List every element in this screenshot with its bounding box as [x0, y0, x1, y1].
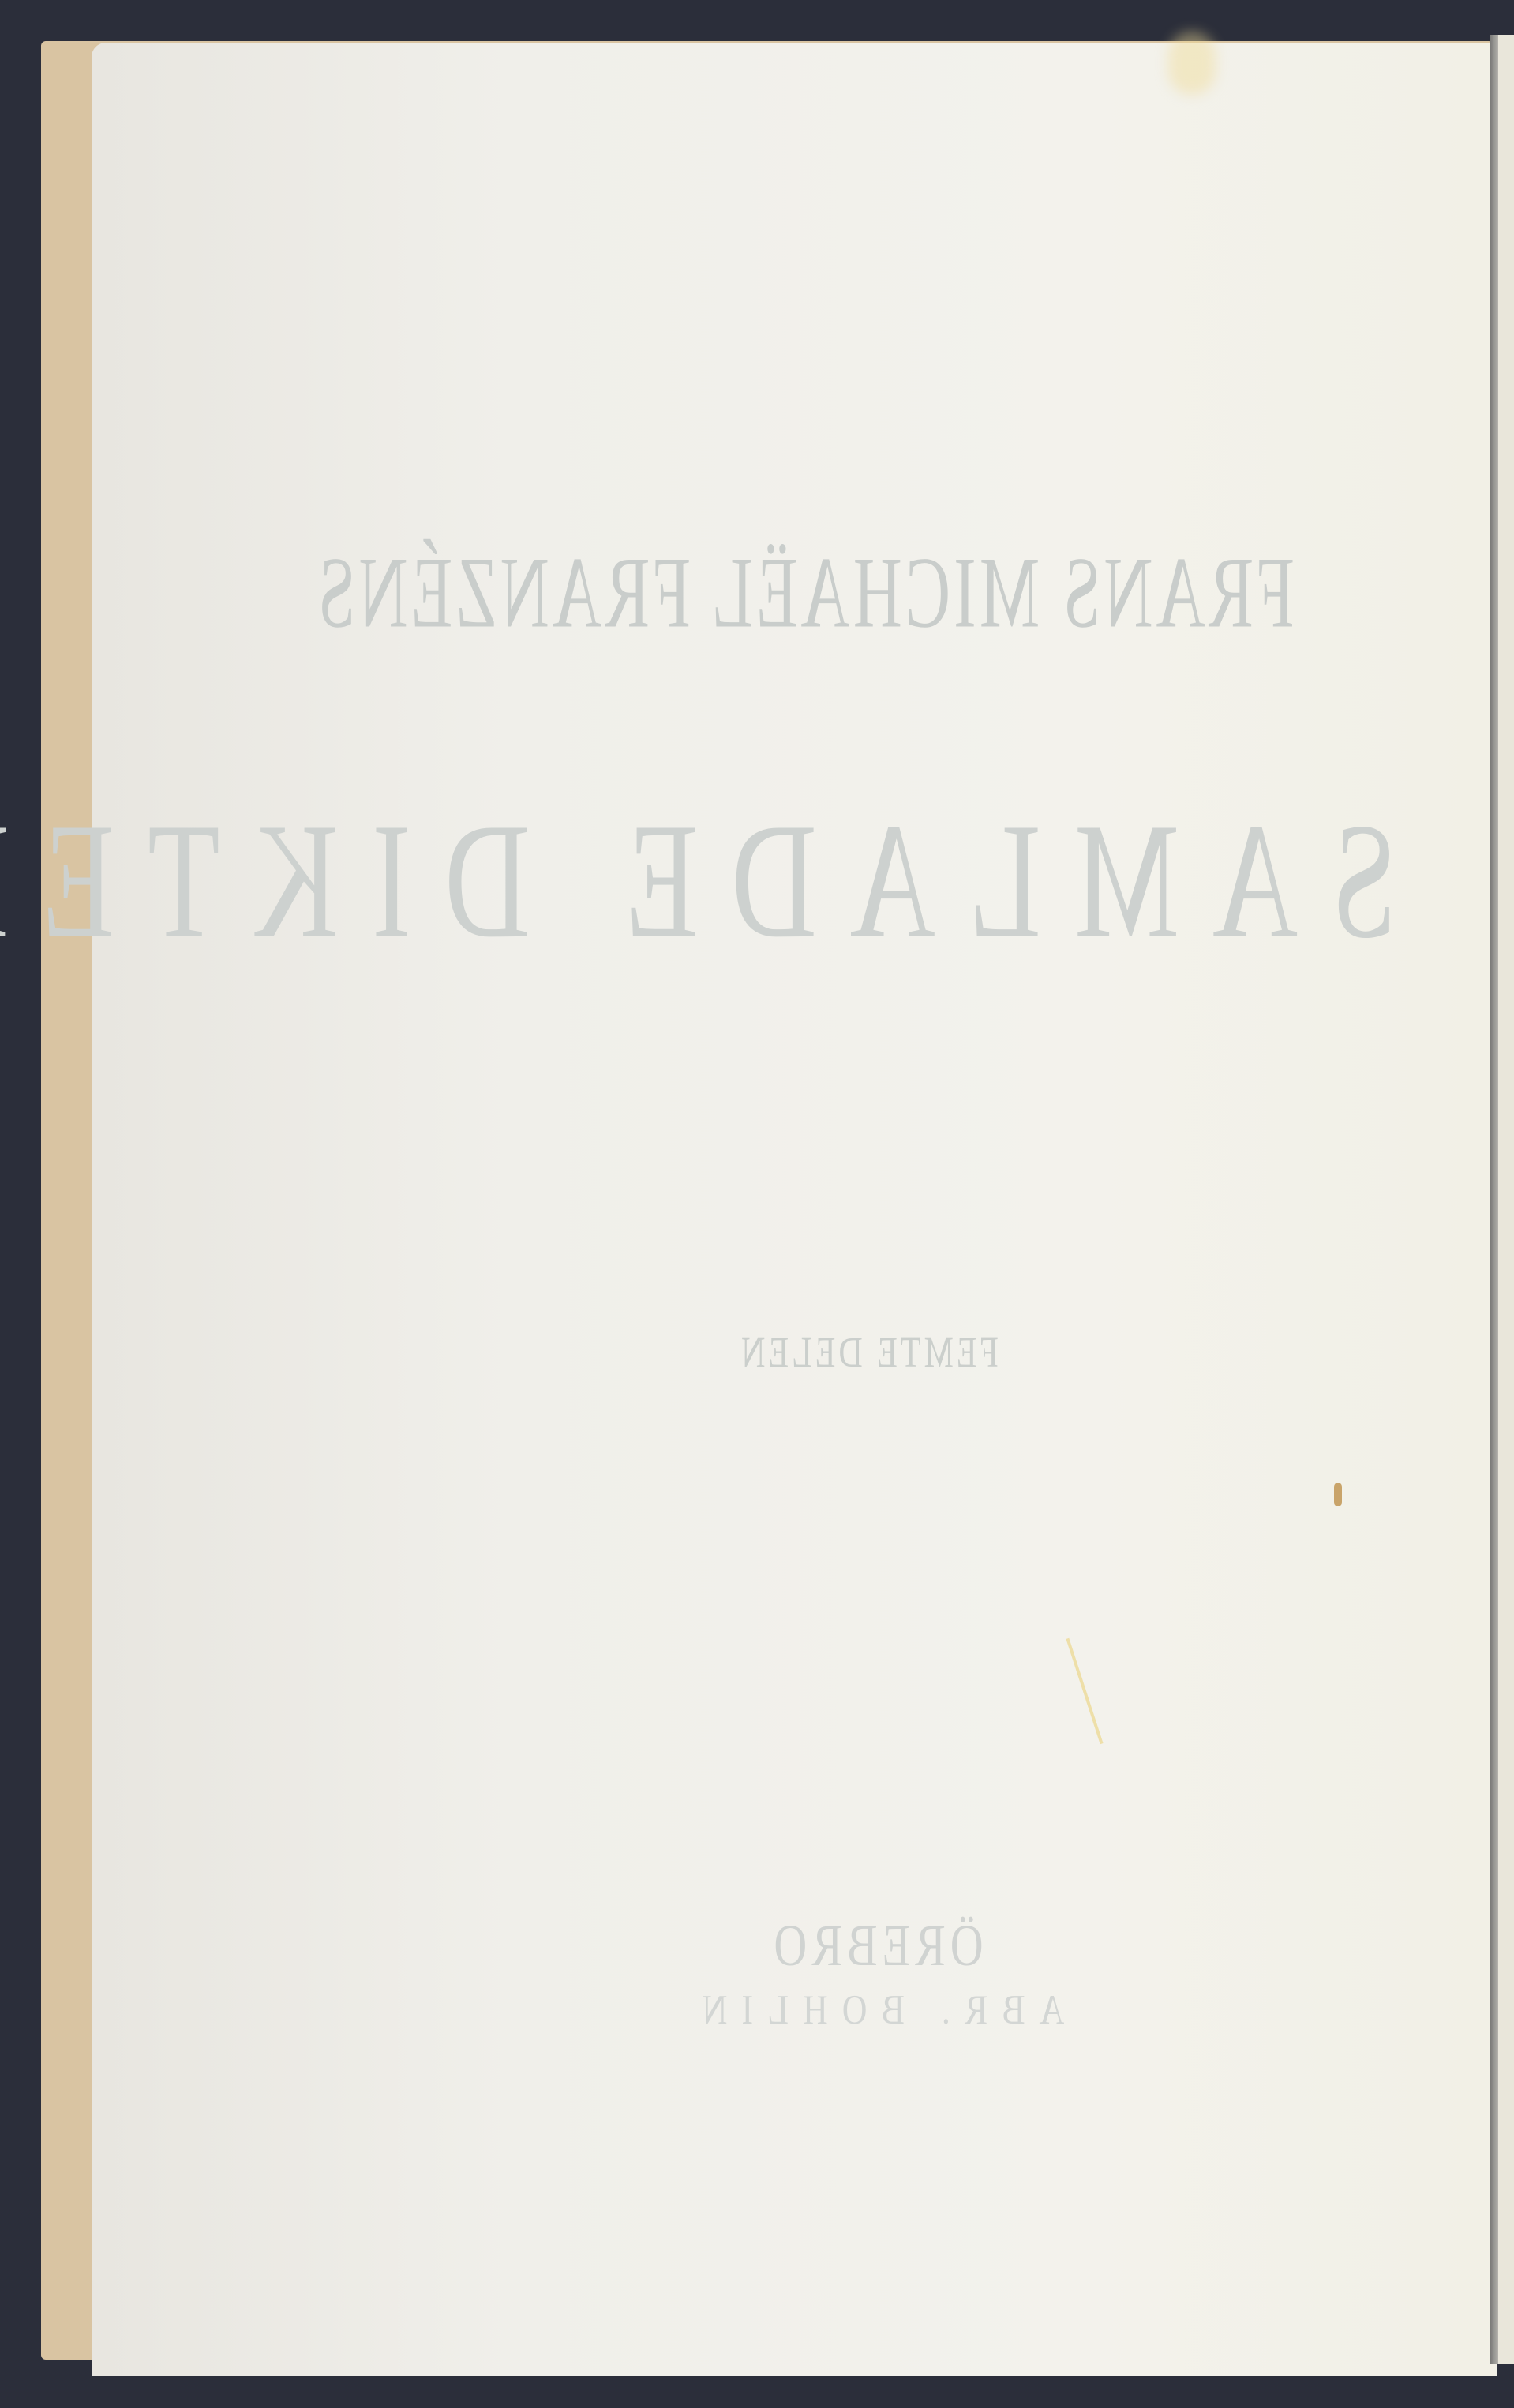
paper-stain	[1168, 32, 1216, 95]
facing-page-edge	[1498, 35, 1514, 2364]
show-through-volume: FEMTE DELEN	[679, 1329, 1058, 1378]
show-through-title: SAMLADE DIKTER	[347, 786, 1397, 977]
page-gutter-shadow	[1490, 35, 1498, 2364]
show-through-place: ÖREBRO	[758, 1911, 995, 1979]
foxing-spot	[1334, 1483, 1342, 1506]
show-through-author: FRANS MICHAËL FRANZÉNS	[474, 533, 1295, 651]
show-through-publisher: ABR. BOHLIN	[639, 1986, 1113, 2034]
